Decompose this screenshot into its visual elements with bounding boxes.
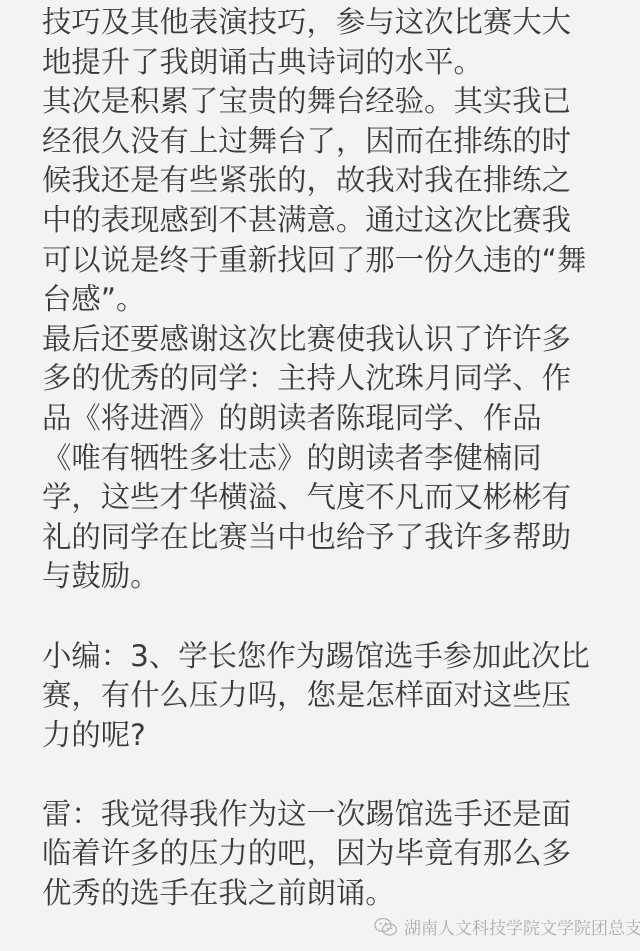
text-line: 学，这些才华横溢、气度不凡而又彬彬有 [42, 478, 602, 518]
text-line: 台感”。 [42, 280, 602, 320]
text-line: 中的表现感到不甚满意。通过这次比赛我 [42, 201, 602, 241]
question-line: 小编：3、学长您作为踢馆选手参加此次比 [42, 637, 602, 677]
answer-line: 临着许多的压力的吧，因为毕竟有那么多 [42, 834, 602, 874]
question-line: 赛，有什么压力吗，您是怎样面对这些压 [42, 676, 602, 716]
paragraph-gap [42, 755, 602, 795]
text-line: 品《将进酒》的朗读者陈琨同学、作品 [42, 399, 602, 439]
paragraph-gap [42, 597, 602, 637]
article-body: 技巧及其他表演技巧，参与这次比赛大大 地提升了我朗诵古典诗词的水平。 其次是积累… [42, 3, 602, 914]
watermark-text: 湖南人文科技学院文学院团总支 [404, 914, 640, 939]
watermark: 湖南人文科技学院文学院团总支 [374, 914, 640, 939]
text-line: 最后还要感谢这次比赛使我认识了许许多 [42, 320, 602, 360]
text-line: 其次是积累了宝贵的舞台经验。其实我已 [42, 82, 602, 122]
text-line: 技巧及其他表演技巧，参与这次比赛大大 [42, 3, 602, 43]
text-line: 礼的同学在比赛当中也给予了我许多帮助 [42, 518, 602, 558]
answer-line: 优秀的选手在我之前朗诵。 [42, 874, 602, 914]
wechat-icon [374, 917, 398, 937]
question-line: 力的呢? [42, 716, 602, 756]
text-line: 与鼓励。 [42, 557, 602, 597]
text-line: 多的优秀的同学：主持人沈珠月同学、作 [42, 359, 602, 399]
answer-line: 雷：我觉得我作为这一次踢馆选手还是面 [42, 795, 602, 835]
text-line: 《唯有牺牲多壮志》的朗读者李健楠同 [42, 439, 602, 479]
text-line: 可以说是终于重新找回了那一份久违的“舞 [42, 241, 602, 281]
text-line: 经很久没有上过舞台了，因而在排练的时 [42, 122, 602, 162]
text-line: 地提升了我朗诵古典诗词的水平。 [42, 43, 602, 83]
text-line: 候我还是有些紧张的，故我对我在排练之 [42, 161, 602, 201]
